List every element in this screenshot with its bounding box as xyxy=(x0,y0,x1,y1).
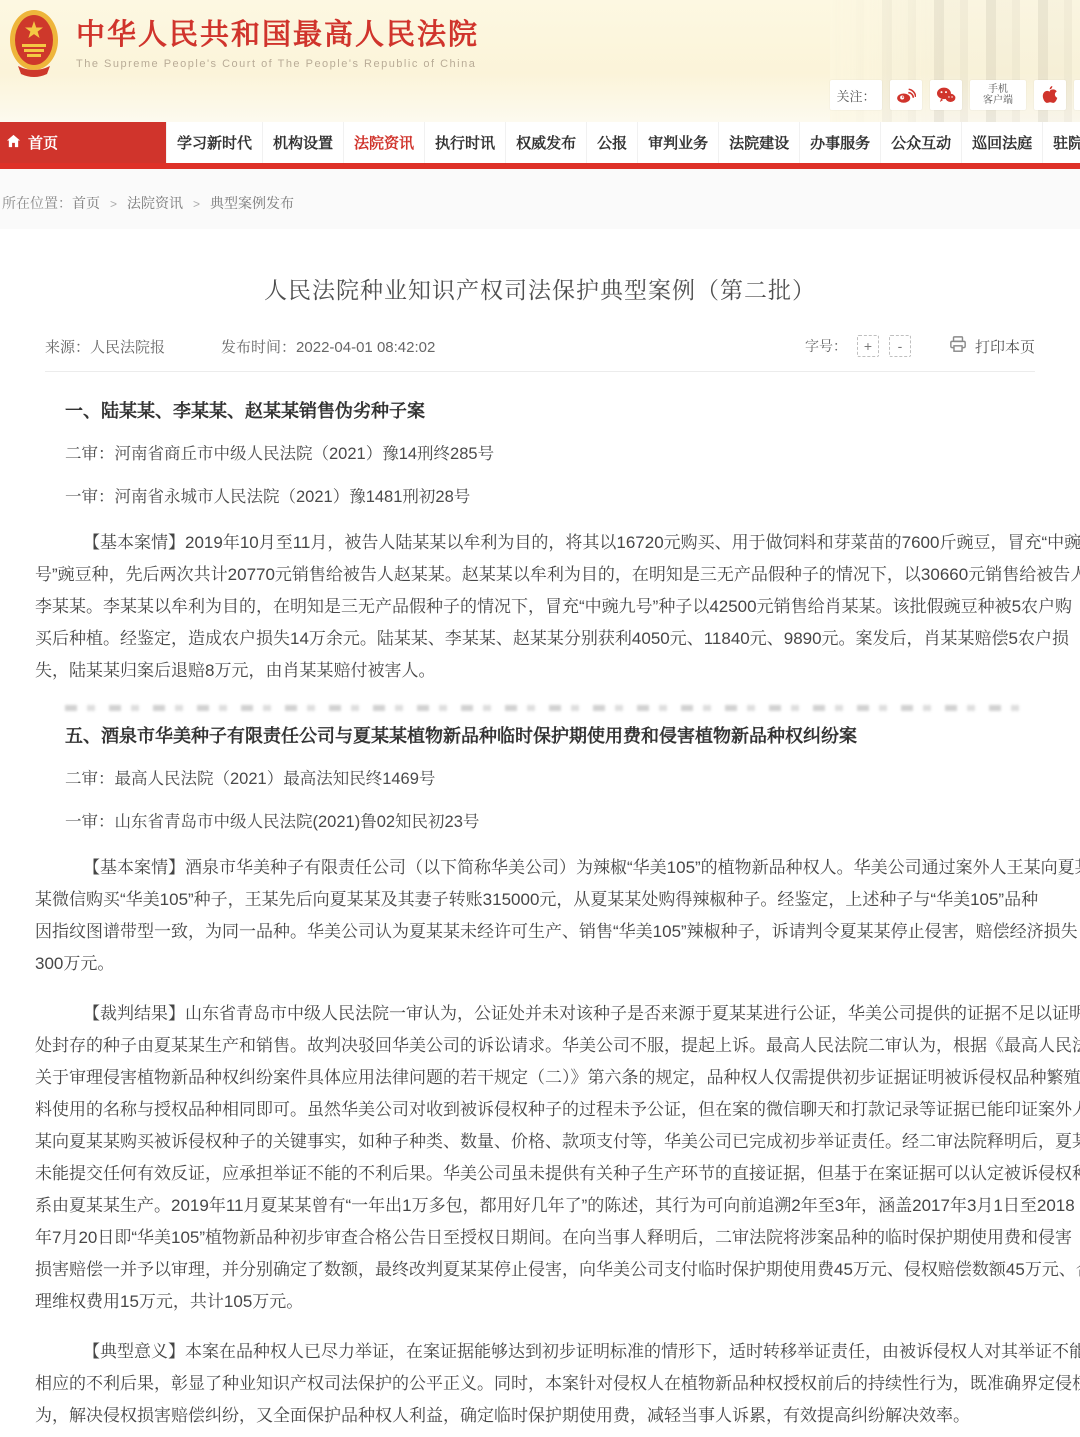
nav-item-label: 法院资讯 xyxy=(354,132,414,153)
print-label: 打印本页 xyxy=(975,336,1035,357)
apple-icon[interactable] xyxy=(1034,80,1066,110)
nav-item-label: 执行时讯 xyxy=(435,132,495,153)
nav-item-label: 办事服务 xyxy=(810,132,870,153)
paragraph-line: 相应的不利后果，彰显了种业知识产权司法保护的公平正义。同时，本案针对侵权人在植物… xyxy=(35,1368,1080,1400)
paragraph-line: 某向夏某某购买被诉侵权种子的关键事实，如种子种类、数量、价格、款项支付等，华美公… xyxy=(35,1126,1080,1158)
site-brand-link[interactable]: 中华人民共和国最高人民法院 The Supreme People's Court… xyxy=(8,8,479,78)
paragraph-line: 【裁判结果】山东省青岛市中级人民法院一审认为，公证处并未对该种子是否来源于夏某某… xyxy=(35,998,1080,1030)
print-button[interactable]: 打印本页 xyxy=(949,336,1035,357)
paragraph-line: 损害赔偿一并予以审理，并分别确定了数额，最终改判夏某某停止侵害，向华美公司支付临… xyxy=(35,1254,1080,1286)
nav-item-4[interactable]: 执行时讯 xyxy=(425,122,506,163)
article-publish-time: 发布时间：2022-04-01 08:42:02 xyxy=(221,336,435,357)
main-nav: 首页学习新时代机构设置法院资讯执行时讯权威发布公报审判业务法院建设办事服务公众互… xyxy=(0,122,1080,163)
publish-time-value: 2022-04-01 08:42:02 xyxy=(296,339,435,356)
nav-item-label: 巡回法庭 xyxy=(972,132,1032,153)
nav-item-label: 学习新时代 xyxy=(177,132,252,153)
article-meta-left: 来源：人民法院报 发布时间：2022-04-01 08:42:02 xyxy=(45,336,435,357)
source-value: 人民法院报 xyxy=(90,339,165,356)
paragraph-line: 某微信购买“华美105”种子，王某先后向夏某某及其妻子转账315000元，从夏某… xyxy=(35,884,1080,916)
breadcrumb-item-2[interactable]: 典型案例发布 xyxy=(210,195,294,211)
paragraph: 【基本案情】酒泉市华美种子有限责任公司（以下简称华美公司）为辣椒“华美105”的… xyxy=(35,852,1080,980)
publish-time-label: 发布时间： xyxy=(221,339,296,356)
site-subtitle: The Supreme People's Court of The People… xyxy=(76,58,479,70)
nav-item-10[interactable]: 公众互动 xyxy=(881,122,962,163)
nav-item-label: 审判业务 xyxy=(648,132,708,153)
nav-item-label: 驻院纪检监察组 xyxy=(1053,132,1080,153)
breadcrumb-trail: 首页>法院资讯>典型案例发布 xyxy=(72,195,294,211)
court-reference-line: 一审：山东省青岛市中级人民法院(2021)鲁02知民初23号 xyxy=(65,809,1080,835)
blurred-redacted-line xyxy=(65,705,1025,711)
weibo-icon[interactable] xyxy=(890,80,922,110)
paragraph-line: 号”豌豆种，先后两次共计20770元销售给被告人赵某某。赵某某以牟利为目的，在明… xyxy=(35,559,1080,591)
paragraph: 【典型意义】本案在品种权人已尽力举证，在案证据能够达到初步证明标准的情形下，适时… xyxy=(35,1336,1080,1432)
breadcrumb: 所在位置：首页>法院资讯>典型案例发布 xyxy=(0,169,1080,229)
nav-item-6[interactable]: 公报 xyxy=(587,122,638,163)
article-source: 来源：人民法院报 xyxy=(45,336,165,357)
section-heading-1: 五、酒泉市华美种子有限责任公司与夏某某植物新品种临时保护期使用费和侵害植物新品种… xyxy=(65,723,1080,749)
mobile-client-label-line1: 手机 xyxy=(988,84,1008,95)
nav-item-5[interactable]: 权威发布 xyxy=(506,122,587,163)
source-label: 来源： xyxy=(45,339,90,356)
paragraph-line: 理维权费用15万元，共计105万元。 xyxy=(35,1286,1080,1318)
paragraph-line: 处封存的种子由夏某某生产和销售。故判决驳回华美公司的诉讼请求。华美公司不服，提起… xyxy=(35,1030,1080,1062)
page-root: 中华人民共和国最高人民法院 The Supreme People's Court… xyxy=(0,0,1080,1437)
section-heading-0: 一、陆某某、李某某、赵某某销售伪劣种子案 xyxy=(65,398,1080,424)
paragraph-line: 因指纹图谱带型一致，为同一品种。华美公司认为夏某某未经许可生产、销售“华美105… xyxy=(35,916,1080,948)
font-increase-button[interactable]: + xyxy=(857,335,879,357)
paragraph-line: 【典型意义】本案在品种权人已尽力举证，在案证据能够达到初步证明标准的情形下，适时… xyxy=(35,1336,1080,1368)
paragraph-line: 关于审理侵害植物新品种权纠纷案件具体应用法律问题的若干规定（二）》第六条的规定，… xyxy=(35,1062,1080,1094)
court-reference-line: 二审：最高人民法院（2021）最高法知民终1469号 xyxy=(65,766,1080,792)
paragraph-line: 年7月20日即“华美105”植物新品种初步审查合格公告日至授权日期间。在向当事人… xyxy=(35,1222,1080,1254)
nav-item-7[interactable]: 审判业务 xyxy=(638,122,719,163)
breadcrumb-separator: > xyxy=(110,197,117,211)
nav-item-1[interactable]: 学习新时代 xyxy=(167,122,263,163)
nav-item-label: 法院建设 xyxy=(729,132,789,153)
paragraph-line: 买后种植。经鉴定，造成农户损失14万余元。陆某某、李某某、赵某某分别获利4050… xyxy=(35,623,1080,655)
article-meta-row: 来源：人民法院报 发布时间：2022-04-01 08:42:02 字号： + … xyxy=(45,335,1035,357)
nav-item-3[interactable]: 法院资讯 xyxy=(344,122,425,163)
nav-item-9[interactable]: 办事服务 xyxy=(800,122,881,163)
nav-item-12[interactable]: 驻院纪检监察组 xyxy=(1043,122,1080,163)
nav-item-label: 机构设置 xyxy=(273,132,333,153)
breadcrumb-separator: > xyxy=(193,197,200,211)
paragraph-line: 300万元。 xyxy=(35,948,1080,980)
paragraph-line: 失，陆某某归案后退赔8万元，由肖某某赔付被害人。 xyxy=(35,655,1080,687)
paragraph-line: 料使用的名称与授权品种相同即可。虽然华美公司对收到被诉侵权种子的过程未予公证，但… xyxy=(35,1094,1080,1126)
paragraph: 【基本案情】2019年10月至11月，被告人陆某某以牟利为目的，将其以16720… xyxy=(35,527,1080,687)
paragraph-line: 未能提交任何有效反证，应承担举证不能的不利后果。华美公司虽未提供有关种子生产环节… xyxy=(35,1158,1080,1190)
printer-icon xyxy=(949,336,967,357)
nav-item-label: 首页 xyxy=(28,132,58,153)
meta-divider xyxy=(45,371,1035,372)
nav-item-2[interactable]: 机构设置 xyxy=(263,122,344,163)
nav-item-11[interactable]: 巡回法庭 xyxy=(962,122,1043,163)
mobile-client-label-line2: 客户端 xyxy=(983,95,1013,106)
home-icon xyxy=(6,134,21,152)
page-title: 人民法院种业知识产权司法保护典型案例（第二批） xyxy=(45,275,1035,305)
court-reference-line: 一审：河南省永城市人民法院（2021）豫1481刑初28号 xyxy=(65,484,1080,510)
paragraph-line: 【基本案情】酒泉市华美种子有限责任公司（以下简称华美公司）为辣椒“华美105”的… xyxy=(35,852,1080,884)
follow-row: 关注： xyxy=(830,80,1080,110)
paragraph-line: 为，解决侵权损害赔偿纠纷，又全面保护品种权人利益，确定临时保护期使用费，减轻当事… xyxy=(35,1400,1080,1432)
nav-item-label: 公报 xyxy=(597,132,627,153)
breadcrumb-item-1[interactable]: 法院资讯 xyxy=(127,195,183,211)
font-size-label: 字号： xyxy=(805,336,847,356)
font-decrease-button[interactable]: - xyxy=(889,335,911,357)
follow-label: 关注： xyxy=(830,80,882,110)
brand-text: 中华人民共和国最高人民法院 The Supreme People's Court… xyxy=(76,8,479,70)
nav-item-8[interactable]: 法院建设 xyxy=(719,122,800,163)
site-title: 中华人民共和国最高人民法院 xyxy=(76,18,479,52)
site-header: 中华人民共和国最高人民法院 The Supreme People's Court… xyxy=(0,0,1080,122)
article-head: 人民法院种业知识产权司法保护典型案例（第二批） 来源：人民法院报 发布时间：20… xyxy=(0,275,1080,372)
article-tools: 字号： + - 打印本页 xyxy=(805,335,1035,357)
mobile-client-link[interactable]: 手机 客户端 xyxy=(970,80,1026,110)
nav-item-0[interactable]: 首页 xyxy=(0,122,167,163)
article-body: 一、陆某某、李某某、赵某某销售伪劣种子案二审：河南省商丘市中级人民法院（2021… xyxy=(35,398,1080,1432)
nav-item-label: 公众互动 xyxy=(891,132,951,153)
nav-item-label: 权威发布 xyxy=(516,132,576,153)
wechat-icon[interactable] xyxy=(930,80,962,110)
breadcrumb-location-label: 所在位置： xyxy=(2,195,72,211)
national-emblem-logo xyxy=(8,8,60,78)
paragraph-line: 系由夏某某生产。2019年11月夏某某曾有“一年出1万多包，都用好几年了”的陈述… xyxy=(35,1190,1080,1222)
court-reference-line: 二审：河南省商丘市中级人民法院（2021）豫14刑终285号 xyxy=(65,441,1080,467)
paragraph: 【裁判结果】山东省青岛市中级人民法院一审认为，公证处并未对该种子是否来源于夏某某… xyxy=(35,998,1080,1318)
paragraph-line: 李某某。李某某以牟利为目的，在明知是三无产品假种子的情况下，冒充“中豌九号”种子… xyxy=(35,591,1080,623)
breadcrumb-item-0[interactable]: 首页 xyxy=(72,195,100,211)
android-icon[interactable] xyxy=(1074,80,1080,110)
paragraph-line: 【基本案情】2019年10月至11月，被告人陆某某以牟利为目的，将其以16720… xyxy=(35,527,1080,559)
article: 人民法院种业知识产权司法保护典型案例（第二批） 来源：人民法院报 发布时间：20… xyxy=(0,275,1080,1432)
